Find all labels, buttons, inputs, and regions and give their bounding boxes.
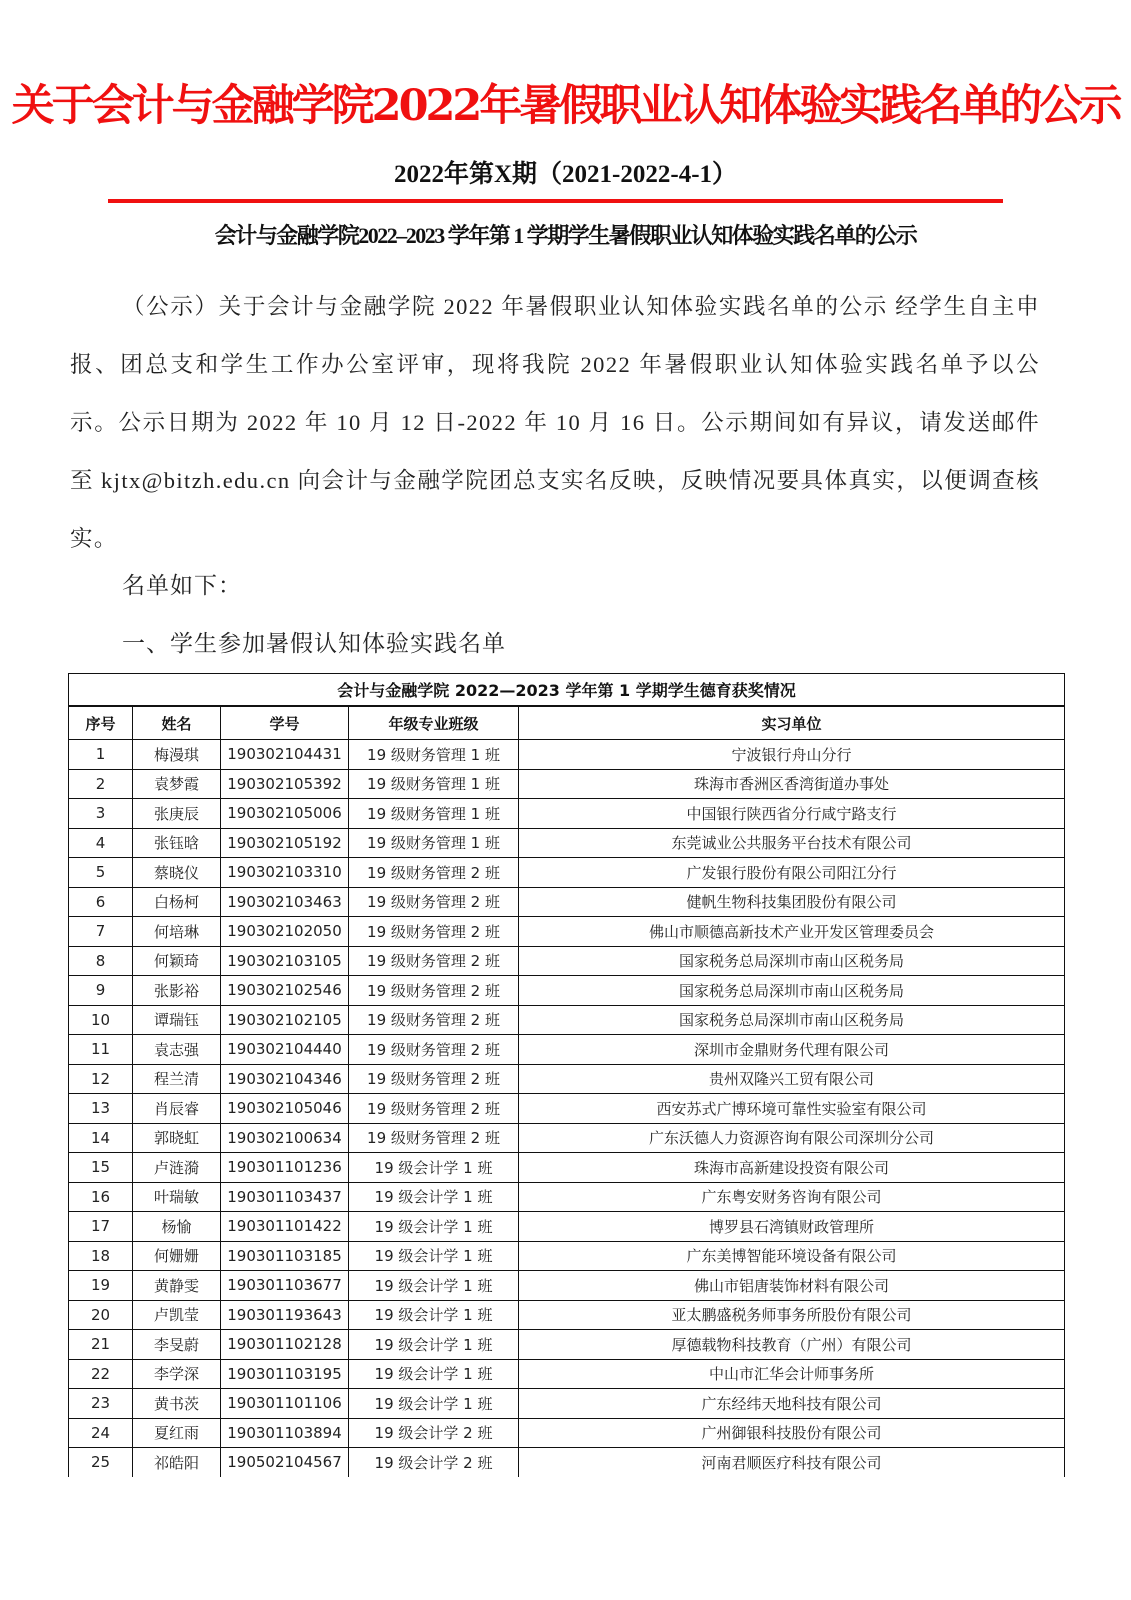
table-row: 22李学深19030110319519 级会计学 1 班中山市汇华会计师事务所 <box>69 1359 1065 1389</box>
cell-student-id: 190302102105 <box>221 1005 349 1035</box>
cell-class: 19 级会计学 1 班 <box>349 1212 519 1242</box>
roster-table: 会计与金融学院 2022—2023 学年第 1 学期学生德育获奖情况 序号 姓名… <box>68 673 1065 1477</box>
cell-class: 19 级会计学 1 班 <box>349 1300 519 1330</box>
cell-student-id: 190302104431 <box>221 740 349 770</box>
cell-index: 14 <box>69 1123 133 1153</box>
table-row: 25祁皓阳19050210456719 级会计学 2 班河南君顺医疗科技有限公司 <box>69 1448 1065 1477</box>
table-header-row: 序号 姓名 学号 年级专业班级 实习单位 <box>69 706 1065 740</box>
table-row: 2袁梦霞19030210539219 级财务管理 1 班珠海市香洲区香湾街道办事… <box>69 769 1065 799</box>
cell-student-id: 190301103677 <box>221 1271 349 1301</box>
cell-name: 祁皓阳 <box>133 1448 221 1477</box>
table-row: 3张庚辰19030210500619 级财务管理 1 班中国银行陕西省分行咸宁路… <box>69 799 1065 829</box>
cell-student-id: 190302105192 <box>221 828 349 858</box>
table-row: 9张影裕19030210254619 级财务管理 2 班国家税务总局深圳市南山区… <box>69 976 1065 1006</box>
cell-student-id: 190302105392 <box>221 769 349 799</box>
table-caption: 会计与金融学院 2022—2023 学年第 1 学期学生德育获奖情况 <box>69 674 1065 707</box>
cell-internship-unit: 博罗县石湾镇财政管理所 <box>519 1212 1065 1242</box>
red-divider <box>108 199 1003 203</box>
table-row: 19黄静雯19030110367719 级会计学 1 班佛山市铝唐装饰材料有限公… <box>69 1271 1065 1301</box>
table-body: 1梅漫琪19030210443119 级财务管理 1 班宁波银行舟山分行2袁梦霞… <box>69 740 1065 1477</box>
table-row: 17杨愉19030110142219 级会计学 1 班博罗县石湾镇财政管理所 <box>69 1212 1065 1242</box>
cell-internship-unit: 国家税务总局深圳市南山区税务局 <box>519 1005 1065 1035</box>
cell-index: 22 <box>69 1359 133 1389</box>
cell-internship-unit: 广东粤安财务咨询有限公司 <box>519 1182 1065 1212</box>
cell-internship-unit: 深圳市金鼎财务代理有限公司 <box>519 1035 1065 1065</box>
cell-internship-unit: 广东经纬天地科技有限公司 <box>519 1389 1065 1419</box>
cell-index: 19 <box>69 1271 133 1301</box>
cell-internship-unit: 东莞诚业公共服务平台技术有限公司 <box>519 828 1065 858</box>
table-row: 23黄书茨19030110110619 级会计学 1 班广东经纬天地科技有限公司 <box>69 1389 1065 1419</box>
cell-student-id: 190302102546 <box>221 976 349 1006</box>
cell-class: 19 级会计学 1 班 <box>349 1359 519 1389</box>
table-row: 21李旻蔚19030110212819 级会计学 1 班厚德载物科技教育（广州）… <box>69 1330 1065 1360</box>
cell-internship-unit: 佛山市顺德高新技术产业开发区管理委员会 <box>519 917 1065 947</box>
header-index: 序号 <box>69 706 133 740</box>
cell-index: 25 <box>69 1448 133 1477</box>
header-class: 年级专业班级 <box>349 706 519 740</box>
cell-class: 19 级财务管理 2 班 <box>349 1035 519 1065</box>
cell-internship-unit: 国家税务总局深圳市南山区税务局 <box>519 976 1065 1006</box>
cell-name: 杨愉 <box>133 1212 221 1242</box>
cell-name: 蔡晓仪 <box>133 858 221 888</box>
cell-class: 19 级会计学 2 班 <box>349 1418 519 1448</box>
cell-name: 谭瑞钰 <box>133 1005 221 1035</box>
main-title: 关于会计与金融学院2022年暑假职业认知体验实践名单的公示 <box>0 78 1131 134</box>
cell-internship-unit: 广东美博智能环境设备有限公司 <box>519 1241 1065 1271</box>
cell-student-id: 190302100634 <box>221 1123 349 1153</box>
cell-student-id: 190301101106 <box>221 1389 349 1419</box>
cell-internship-unit: 亚太鹏盛税务师事务所股份有限公司 <box>519 1300 1065 1330</box>
section-heading: 一、学生参加暑假认知体验实践名单 <box>122 628 506 660</box>
table-row: 7何培琳19030210205019 级财务管理 2 班佛山市顺德高新技术产业开… <box>69 917 1065 947</box>
cell-internship-unit: 佛山市铝唐装饰材料有限公司 <box>519 1271 1065 1301</box>
cell-index: 1 <box>69 740 133 770</box>
cell-student-id: 190502104567 <box>221 1448 349 1477</box>
cell-class: 19 级财务管理 2 班 <box>349 887 519 917</box>
cell-student-id: 190301101236 <box>221 1153 349 1183</box>
cell-student-id: 190302105046 <box>221 1094 349 1124</box>
cell-student-id: 190301102128 <box>221 1330 349 1360</box>
issue-line: 2022年第X期（2021-2022-4-1） <box>0 158 1131 192</box>
table-row: 5蔡晓仪19030210331019 级财务管理 2 班广发银行股份有限公司阳江… <box>69 858 1065 888</box>
cell-index: 8 <box>69 946 133 976</box>
cell-student-id: 190302103463 <box>221 887 349 917</box>
cell-index: 17 <box>69 1212 133 1242</box>
body-paragraph: （公示）关于会计与金融学院 2022 年暑假职业认知体验实践名单的公示 经学生自… <box>70 278 1040 568</box>
cell-name: 白杨柯 <box>133 887 221 917</box>
table-row: 20卢凯莹19030119364319 级会计学 1 班亚太鹏盛税务师事务所股份… <box>69 1300 1065 1330</box>
cell-name: 何培琳 <box>133 917 221 947</box>
table-row: 24夏红雨19030110389419 级会计学 2 班广州御银科技股份有限公司 <box>69 1418 1065 1448</box>
cell-internship-unit: 厚德载物科技教育（广州）有限公司 <box>519 1330 1065 1360</box>
cell-student-id: 190302104440 <box>221 1035 349 1065</box>
cell-internship-unit: 河南君顺医疗科技有限公司 <box>519 1448 1065 1477</box>
cell-name: 郭晓虹 <box>133 1123 221 1153</box>
cell-class: 19 级财务管理 2 班 <box>349 1094 519 1124</box>
cell-internship-unit: 广发银行股份有限公司阳江分行 <box>519 858 1065 888</box>
table-row: 4张钰晗19030210519219 级财务管理 1 班东莞诚业公共服务平台技术… <box>69 828 1065 858</box>
cell-name: 何颖琦 <box>133 946 221 976</box>
cell-name: 卢涟漪 <box>133 1153 221 1183</box>
cell-student-id: 190302105006 <box>221 799 349 829</box>
cell-name: 梅漫琪 <box>133 740 221 770</box>
cell-class: 19 级会计学 1 班 <box>349 1330 519 1360</box>
cell-name: 张庚辰 <box>133 799 221 829</box>
cell-student-id: 190301103185 <box>221 1241 349 1271</box>
cell-class: 19 级财务管理 2 班 <box>349 1123 519 1153</box>
cell-student-id: 190301103437 <box>221 1182 349 1212</box>
cell-index: 10 <box>69 1005 133 1035</box>
cell-student-id: 190302104346 <box>221 1064 349 1094</box>
cell-class: 19 级会计学 1 班 <box>349 1241 519 1271</box>
cell-name: 肖辰睿 <box>133 1094 221 1124</box>
cell-name: 何姗姗 <box>133 1241 221 1271</box>
cell-name: 黄书茨 <box>133 1389 221 1419</box>
cell-name: 叶瑞敏 <box>133 1182 221 1212</box>
cell-class: 19 级财务管理 2 班 <box>349 858 519 888</box>
cell-class: 19 级财务管理 1 班 <box>349 769 519 799</box>
table-row: 18何姗姗19030110318519 级会计学 1 班广东美博智能环境设备有限… <box>69 1241 1065 1271</box>
cell-student-id: 190301193643 <box>221 1300 349 1330</box>
cell-internship-unit: 珠海市高新建设投资有限公司 <box>519 1153 1065 1183</box>
cell-name: 黄静雯 <box>133 1271 221 1301</box>
cell-internship-unit: 珠海市香洲区香湾街道办事处 <box>519 769 1065 799</box>
table-row: 12程兰清19030210434619 级财务管理 2 班贵州双隆兴工贸有限公司 <box>69 1064 1065 1094</box>
cell-name: 卢凯莹 <box>133 1300 221 1330</box>
cell-name: 袁志强 <box>133 1035 221 1065</box>
cell-internship-unit: 国家税务总局深圳市南山区税务局 <box>519 946 1065 976</box>
table-row: 11袁志强19030210444019 级财务管理 2 班深圳市金鼎财务代理有限… <box>69 1035 1065 1065</box>
cell-name: 夏红雨 <box>133 1418 221 1448</box>
cell-class: 19 级会计学 1 班 <box>349 1153 519 1183</box>
cell-student-id: 190302102050 <box>221 917 349 947</box>
cell-index: 12 <box>69 1064 133 1094</box>
cell-index: 18 <box>69 1241 133 1271</box>
cell-internship-unit: 贵州双隆兴工贸有限公司 <box>519 1064 1065 1094</box>
cell-internship-unit: 广州御银科技股份有限公司 <box>519 1418 1065 1448</box>
cell-index: 4 <box>69 828 133 858</box>
cell-name: 张影裕 <box>133 976 221 1006</box>
cell-internship-unit: 中国银行陕西省分行咸宁路支行 <box>519 799 1065 829</box>
cell-index: 15 <box>69 1153 133 1183</box>
cell-index: 11 <box>69 1035 133 1065</box>
cell-class: 19 级财务管理 1 班 <box>349 799 519 829</box>
cell-index: 20 <box>69 1300 133 1330</box>
cell-internship-unit: 广东沃德人力资源咨询有限公司深圳分公司 <box>519 1123 1065 1153</box>
cell-index: 21 <box>69 1330 133 1360</box>
cell-class: 19 级会计学 1 班 <box>349 1389 519 1419</box>
cell-class: 19 级会计学 1 班 <box>349 1271 519 1301</box>
cell-internship-unit: 中山市汇华会计师事务所 <box>519 1359 1065 1389</box>
cell-index: 3 <box>69 799 133 829</box>
cell-index: 24 <box>69 1418 133 1448</box>
table-row: 10谭瑞钰19030210210519 级财务管理 2 班国家税务总局深圳市南山… <box>69 1005 1065 1035</box>
cell-class: 19 级财务管理 2 班 <box>349 917 519 947</box>
table-row: 8何颖琦19030210310519 级财务管理 2 班国家税务总局深圳市南山区… <box>69 946 1065 976</box>
cell-internship-unit: 西安苏式广博环境可靠性实验室有限公司 <box>519 1094 1065 1124</box>
cell-class: 19 级财务管理 1 班 <box>349 828 519 858</box>
cell-student-id: 190301103894 <box>221 1418 349 1448</box>
sub-title: 会计与金融学院2022–2023 学年第 1 学期学生暑假职业认知体验实践名单的… <box>0 220 1131 252</box>
header-student-id: 学号 <box>221 706 349 740</box>
cell-class: 19 级财务管理 2 班 <box>349 1005 519 1035</box>
cell-name: 程兰清 <box>133 1064 221 1094</box>
table-row: 13肖辰睿19030210504619 级财务管理 2 班西安苏式广博环境可靠性… <box>69 1094 1065 1124</box>
cell-index: 16 <box>69 1182 133 1212</box>
table-row: 1梅漫琪19030210443119 级财务管理 1 班宁波银行舟山分行 <box>69 740 1065 770</box>
cell-class: 19 级财务管理 2 班 <box>349 946 519 976</box>
table-row: 15卢涟漪19030110123619 级会计学 1 班珠海市高新建设投资有限公… <box>69 1153 1065 1183</box>
cell-name: 李学深 <box>133 1359 221 1389</box>
cell-name: 张钰晗 <box>133 828 221 858</box>
cell-class: 19 级财务管理 1 班 <box>349 740 519 770</box>
cell-name: 李旻蔚 <box>133 1330 221 1360</box>
table-row: 14郭晓虹19030210063419 级财务管理 2 班广东沃德人力资源咨询有… <box>69 1123 1065 1153</box>
table-row: 6白杨柯19030210346319 级财务管理 2 班健帆生物科技集团股份有限… <box>69 887 1065 917</box>
cell-class: 19 级财务管理 2 班 <box>349 1064 519 1094</box>
cell-index: 23 <box>69 1389 133 1419</box>
header-name: 姓名 <box>133 706 221 740</box>
header-internship-unit: 实习单位 <box>519 706 1065 740</box>
table-row: 16叶瑞敏19030110343719 级会计学 1 班广东粤安财务咨询有限公司 <box>69 1182 1065 1212</box>
cell-student-id: 190302103105 <box>221 946 349 976</box>
list-label: 名单如下： <box>122 570 242 602</box>
cell-class: 19 级财务管理 2 班 <box>349 976 519 1006</box>
cell-index: 6 <box>69 887 133 917</box>
cell-internship-unit: 健帆生物科技集团股份有限公司 <box>519 887 1065 917</box>
cell-class: 19 级会计学 1 班 <box>349 1182 519 1212</box>
cell-student-id: 190301101422 <box>221 1212 349 1242</box>
cell-index: 9 <box>69 976 133 1006</box>
cell-student-id: 190301103195 <box>221 1359 349 1389</box>
cell-index: 2 <box>69 769 133 799</box>
cell-name: 袁梦霞 <box>133 769 221 799</box>
cell-index: 7 <box>69 917 133 947</box>
cell-class: 19 级会计学 2 班 <box>349 1448 519 1477</box>
cell-student-id: 190302103310 <box>221 858 349 888</box>
cell-index: 13 <box>69 1094 133 1124</box>
cell-internship-unit: 宁波银行舟山分行 <box>519 740 1065 770</box>
cell-index: 5 <box>69 858 133 888</box>
